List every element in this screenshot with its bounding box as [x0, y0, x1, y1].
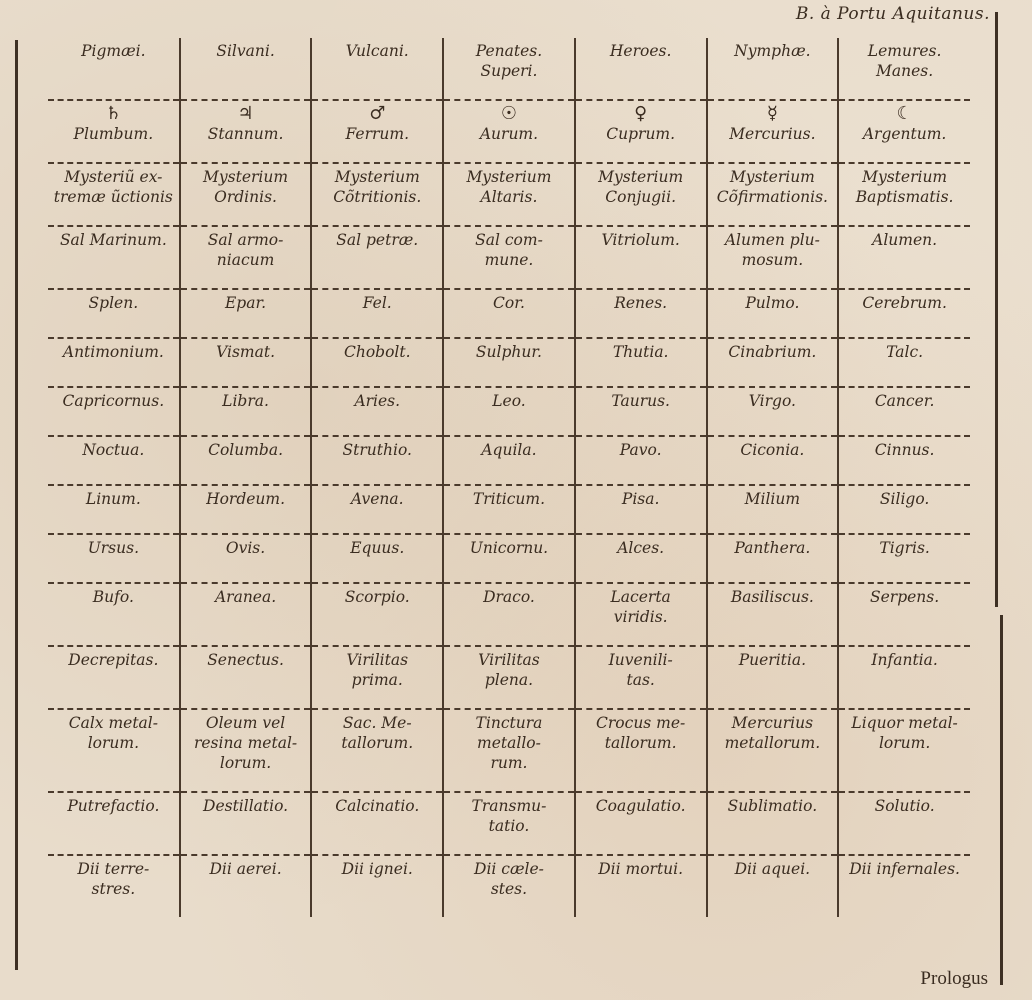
table-cell: Struthio. — [311, 436, 443, 485]
table-cell: Calx metal- lorum. — [48, 709, 180, 792]
table-cell: Dii aerei. — [180, 855, 312, 917]
table-cell: ♀Cuprum. — [575, 100, 707, 163]
catchword: Prologus — [920, 968, 988, 990]
table-cell: Ciconia. — [707, 436, 839, 485]
table-cell: Mysterium Cõtritionis. — [311, 163, 443, 226]
table-cell: Lacerta viridis. — [575, 583, 707, 646]
table-cell: Leo. — [443, 387, 575, 436]
table-cell: Milium — [707, 485, 839, 534]
table-cell: Pigmæi. — [48, 38, 180, 100]
table-cell: Virilitas prima. — [311, 646, 443, 709]
table-cell: Mysterium Conjugii. — [575, 163, 707, 226]
table-cell: ☿Mercurius. — [707, 100, 839, 163]
mars-symbol-icon: ♂ — [314, 104, 440, 124]
table-cell: Vitriolum. — [575, 226, 707, 289]
table-row-metals: ♄Plumbum. ♃Stannum. ♂Ferrum. ☉Aurum. ♀Cu… — [48, 100, 970, 163]
table-row-grains: Linum. Hordeum. Avena. Triticum. Pisa. M… — [48, 485, 970, 534]
table-cell: Sublimatio. — [707, 792, 839, 855]
table-cell: Epar. — [180, 289, 312, 338]
table-cell: Dii terre- stres. — [48, 855, 180, 917]
table-cell: Crocus me- tallorum. — [575, 709, 707, 792]
table-cell: Panthera. — [707, 534, 839, 583]
moon-symbol-icon: ☾ — [841, 104, 968, 124]
table-cell: Vismat. — [180, 338, 312, 387]
table-cell: Scorpio. — [311, 583, 443, 646]
table-cell: Aquila. — [443, 436, 575, 485]
table-row-gods: Dii terre- stres. Dii aerei. Dii ignei. … — [48, 855, 970, 917]
table-row-reptiles: Bufo. Aranea. Scorpio. Draco. Lacerta vi… — [48, 583, 970, 646]
table-cell: Pueritia. — [707, 646, 839, 709]
table-cell: Decrepitas. — [48, 646, 180, 709]
table-cell: Siligo. — [838, 485, 970, 534]
table-cell: Transmu- tatio. — [443, 792, 575, 855]
table-cell: Iuvenili- tas. — [575, 646, 707, 709]
table-cell: Splen. — [48, 289, 180, 338]
table-cell: Cor. — [443, 289, 575, 338]
table-cell: Cerebrum. — [838, 289, 970, 338]
table-cell: Pavo. — [575, 436, 707, 485]
table-row-beasts: Ursus. Ovis. Equus. Unicornu. Alces. Pan… — [48, 534, 970, 583]
table-cell: Penates. Superi. — [443, 38, 575, 100]
table-cell: Sac. Me- tallorum. — [311, 709, 443, 792]
table-cell: Tigris. — [838, 534, 970, 583]
table-cell: ☾Argentum. — [838, 100, 970, 163]
frame-rule-left — [15, 40, 18, 970]
table-cell: Infantia. — [838, 646, 970, 709]
table-cell: Linum. — [48, 485, 180, 534]
table-cell: Aries. — [311, 387, 443, 436]
table-cell: Solutio. — [838, 792, 970, 855]
cell-text: Plumbum. — [74, 125, 154, 143]
table-cell: Mysterium Altaris. — [443, 163, 575, 226]
table-cell: Sulphur. — [443, 338, 575, 387]
saturn-symbol-icon: ♄ — [50, 104, 177, 124]
table-cell: ♂Ferrum. — [311, 100, 443, 163]
table-cell: Sal petræ. — [311, 226, 443, 289]
table-cell: Triticum. — [443, 485, 575, 534]
table-cell: Liquor metal- lorum. — [838, 709, 970, 792]
table-cell: Ursus. — [48, 534, 180, 583]
table-cell: Tinctura metallo- rum. — [443, 709, 575, 792]
cell-text: Cuprum. — [606, 125, 675, 143]
table-cell: Mercurius metallorum. — [707, 709, 839, 792]
table-cell: Calcinatio. — [311, 792, 443, 855]
table-cell: Fel. — [311, 289, 443, 338]
table-cell: Aranea. — [180, 583, 312, 646]
table-cell: Cancer. — [838, 387, 970, 436]
table-row-metal-preparations: Calx metal- lorum. Oleum vel resina meta… — [48, 709, 970, 792]
table-cell: Capricornus. — [48, 387, 180, 436]
table-cell: Vulcani. — [311, 38, 443, 100]
table-cell: Dii infernales. — [838, 855, 970, 917]
table-cell: Dii mortui. — [575, 855, 707, 917]
table-cell: Sal armo- niacum — [180, 226, 312, 289]
table-cell: Unicornu. — [443, 534, 575, 583]
cell-text: Aurum. — [480, 125, 538, 143]
table-cell: Antimonium. — [48, 338, 180, 387]
table-cell: Sal Marinum. — [48, 226, 180, 289]
cell-text: Mercurius. — [729, 125, 815, 143]
table-row-salts: Sal Marinum. Sal armo- niacum Sal petræ.… — [48, 226, 970, 289]
table-cell: Cinnus. — [838, 436, 970, 485]
table-row-zodiac: Capricornus. Libra. Aries. Leo. Taurus. … — [48, 387, 970, 436]
table-cell: Oleum vel resina metal- lorum. — [180, 709, 312, 792]
table-cell: Columba. — [180, 436, 312, 485]
table-cell: ☉Aurum. — [443, 100, 575, 163]
table-cell: Draco. — [443, 583, 575, 646]
table-cell: Dii ignei. — [311, 855, 443, 917]
table-cell: Cinabrium. — [707, 338, 839, 387]
table-row-ages: Decrepitas. Senectus. Virilitas prima. V… — [48, 646, 970, 709]
table-cell: Silvani. — [180, 38, 312, 100]
table-cell: Lemures. Manes. — [838, 38, 970, 100]
table-cell: Libra. — [180, 387, 312, 436]
jupiter-symbol-icon: ♃ — [183, 104, 309, 124]
table-cell: Coagulatio. — [575, 792, 707, 855]
table-cell: Virgo. — [707, 387, 839, 436]
cell-text: Stannum. — [208, 125, 284, 143]
correspondence-table: Pigmæi. Silvani. Vulcani. Penates. Super… — [48, 38, 970, 917]
venus-symbol-icon: ♀ — [578, 104, 704, 124]
table-cell: Alumen. — [838, 226, 970, 289]
table-cell: Noctua. — [48, 436, 180, 485]
table-cell: Alumen plu- mosum. — [707, 226, 839, 289]
table-row-birds: Noctua. Columba. Struthio. Aquila. Pavo.… — [48, 436, 970, 485]
cell-text: Argentum. — [863, 125, 947, 143]
table-cell: Basiliscus. — [707, 583, 839, 646]
table-cell: Chobolt. — [311, 338, 443, 387]
frame-rule-right-lower — [1000, 615, 1003, 985]
table-cell: Thutia. — [575, 338, 707, 387]
table-cell: Bufo. — [48, 583, 180, 646]
table-row-organs: Splen. Epar. Fel. Cor. Renes. Pulmo. Cer… — [48, 289, 970, 338]
table-cell: Nymphæ. — [707, 38, 839, 100]
table-cell: Dii aquei. — [707, 855, 839, 917]
table-cell: Virilitas plena. — [443, 646, 575, 709]
table-cell: Pulmo. — [707, 289, 839, 338]
table-cell: Pisa. — [575, 485, 707, 534]
table-cell: Putrefactio. — [48, 792, 180, 855]
table-cell: Hordeum. — [180, 485, 312, 534]
frame-rule-right-upper — [995, 12, 998, 607]
table-cell: ♄Plumbum. — [48, 100, 180, 163]
table-cell: Heroes. — [575, 38, 707, 100]
table-cell: Mysterium Baptismatis. — [838, 163, 970, 226]
book-page: B. à Portu Aquitanus. Pigmæi. Silvani. V… — [0, 0, 1032, 1000]
table-cell: Renes. — [575, 289, 707, 338]
table-cell: Mysterium Ordinis. — [180, 163, 312, 226]
table-cell: ♃Stannum. — [180, 100, 312, 163]
table-cell: Destillatio. — [180, 792, 312, 855]
cell-text: Ferrum. — [346, 125, 410, 143]
table-cell: Sal com- mune. — [443, 226, 575, 289]
table-row-mysteries: Mysteriũ ex- tremæ ũctionis Mysterium Or… — [48, 163, 970, 226]
sun-symbol-icon: ☉ — [446, 104, 572, 124]
table-cell: Alces. — [575, 534, 707, 583]
table-row-spirits: Pigmæi. Silvani. Vulcani. Penates. Super… — [48, 38, 970, 100]
mercury-symbol-icon: ☿ — [710, 104, 836, 124]
table-cell: Taurus. — [575, 387, 707, 436]
author-attribution: B. à Portu Aquitanus. — [796, 4, 990, 24]
table-cell: Senectus. — [180, 646, 312, 709]
table-cell: Ovis. — [180, 534, 312, 583]
table-cell: Serpens. — [838, 583, 970, 646]
table-row-operations: Putrefactio. Destillatio. Calcinatio. Tr… — [48, 792, 970, 855]
table-cell: Talc. — [838, 338, 970, 387]
table-cell: Avena. — [311, 485, 443, 534]
table-cell: Dii cæle- stes. — [443, 855, 575, 917]
table-row-minerals: Antimonium. Vismat. Chobolt. Sulphur. Th… — [48, 338, 970, 387]
table-cell: Equus. — [311, 534, 443, 583]
table-cell: Mysterium Cõfirmationis. — [707, 163, 839, 226]
table-cell: Mysteriũ ex- tremæ ũctionis — [48, 163, 180, 226]
